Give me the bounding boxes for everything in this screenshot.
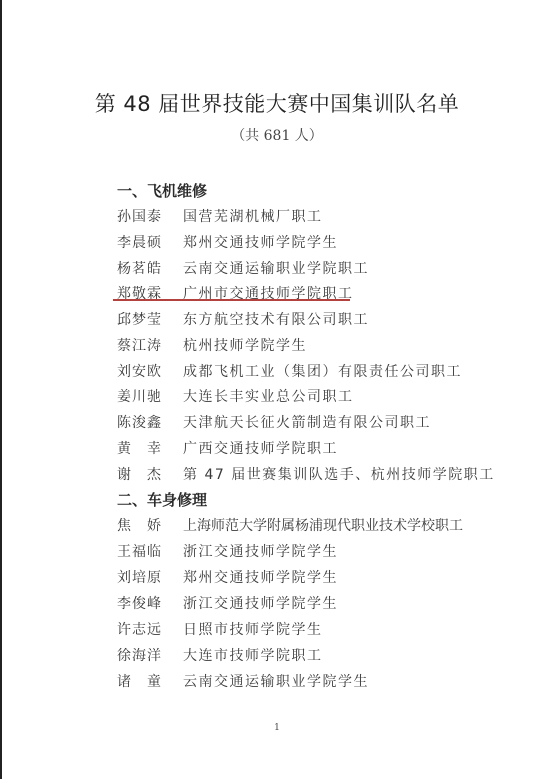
member-organization: 日照市技师学院学生 bbox=[183, 619, 323, 639]
member-name: 李晨硕 bbox=[117, 232, 183, 252]
section-heading-body-repair: 二、车身修理 bbox=[117, 489, 207, 510]
section-heading-aircraft-maintenance: 一、飞机维修 bbox=[117, 180, 207, 201]
member-name: 焦 娇 bbox=[117, 515, 183, 535]
member-organization: 大连长丰实业总公司职工 bbox=[183, 386, 354, 406]
member-organization: 云南交通运输职业学院学生 bbox=[183, 671, 369, 691]
document-title: 第 48 届世界技能大赛中国集训队名单 bbox=[0, 88, 554, 118]
list-item: 李晨硕郑州交通技师学院学生 bbox=[117, 232, 338, 252]
list-item: 蔡江涛杭州技师学院学生 bbox=[117, 335, 307, 355]
list-item: 刘培原郑州交通技师学院学生 bbox=[117, 567, 338, 587]
member-name: 徐海洋 bbox=[117, 645, 183, 665]
list-item: 姜川驰大连长丰实业总公司职工 bbox=[117, 386, 354, 406]
member-name: 杨茗皓 bbox=[117, 258, 183, 278]
member-organization: 郑州交通技师学院学生 bbox=[183, 567, 338, 587]
list-item: 焦 娇上海师范大学附属杨浦现代职业技术学校职工 bbox=[117, 515, 463, 535]
member-organization: 浙江交通技师学院学生 bbox=[183, 593, 338, 613]
list-item: 王福临浙江交通技师学院学生 bbox=[117, 541, 338, 561]
member-organization: 上海师范大学附属杨浦现代职业技术学校职工 bbox=[183, 515, 463, 535]
list-item: 李俊峰浙江交通技师学院学生 bbox=[117, 593, 338, 613]
member-name: 邱梦莹 bbox=[117, 309, 183, 329]
member-organization: 成都飞机工业（集团）有限责任公司职工 bbox=[183, 361, 462, 381]
member-name: 李俊峰 bbox=[117, 593, 183, 613]
member-name: 王福临 bbox=[117, 541, 183, 561]
member-organization: 国营芜湖机械厂职工 bbox=[183, 206, 323, 226]
list-item: 邱梦莹东方航空技术有限公司职工 bbox=[117, 309, 369, 329]
list-item: 诸 童云南交通运输职业学院学生 bbox=[117, 671, 369, 691]
member-name: 黄 幸 bbox=[117, 438, 183, 458]
member-name: 刘培原 bbox=[117, 567, 183, 587]
member-organization: 广西交通技师学院职工 bbox=[183, 438, 338, 458]
member-name: 孙国泰 bbox=[117, 206, 183, 226]
list-item: 孙国泰国营芜湖机械厂职工 bbox=[117, 206, 323, 226]
highlight-underline bbox=[113, 299, 350, 301]
member-organization: 大连市技师学院职工 bbox=[183, 645, 323, 665]
member-organization: 第 47 届世赛集训队选手、杭州技师学院职工 bbox=[183, 464, 495, 484]
member-name: 刘安欧 bbox=[117, 361, 183, 381]
list-item: 陈浚鑫天津航天长征火箭制造有限公司职工 bbox=[117, 412, 431, 432]
member-organization: 云南交通运输职业学院职工 bbox=[183, 258, 369, 278]
list-item: 杨茗皓云南交通运输职业学院职工 bbox=[117, 258, 369, 278]
list-item: 谢 杰第 47 届世赛集训队选手、杭州技师学院职工 bbox=[117, 464, 495, 484]
member-organization: 浙江交通技师学院学生 bbox=[183, 541, 338, 561]
member-organization: 天津航天长征火箭制造有限公司职工 bbox=[183, 412, 431, 432]
member-name: 许志远 bbox=[117, 619, 183, 639]
member-name: 陈浚鑫 bbox=[117, 412, 183, 432]
member-organization: 郑州交通技师学院学生 bbox=[183, 232, 338, 252]
member-name: 姜川驰 bbox=[117, 386, 183, 406]
member-organization: 杭州技师学院学生 bbox=[183, 335, 307, 355]
page-number: 1 bbox=[0, 723, 554, 733]
list-item: 徐海洋大连市技师学院职工 bbox=[117, 645, 323, 665]
list-item: 黄 幸广西交通技师学院职工 bbox=[117, 438, 338, 458]
list-item: 刘安欧成都飞机工业（集团）有限责任公司职工 bbox=[117, 361, 462, 381]
member-name: 诸 童 bbox=[117, 671, 183, 691]
member-name: 谢 杰 bbox=[117, 464, 183, 484]
member-name: 蔡江涛 bbox=[117, 335, 183, 355]
member-organization: 东方航空技术有限公司职工 bbox=[183, 309, 369, 329]
document-subtitle: （共 681 人） bbox=[0, 125, 554, 145]
list-item: 许志远日照市技师学院学生 bbox=[117, 619, 323, 639]
